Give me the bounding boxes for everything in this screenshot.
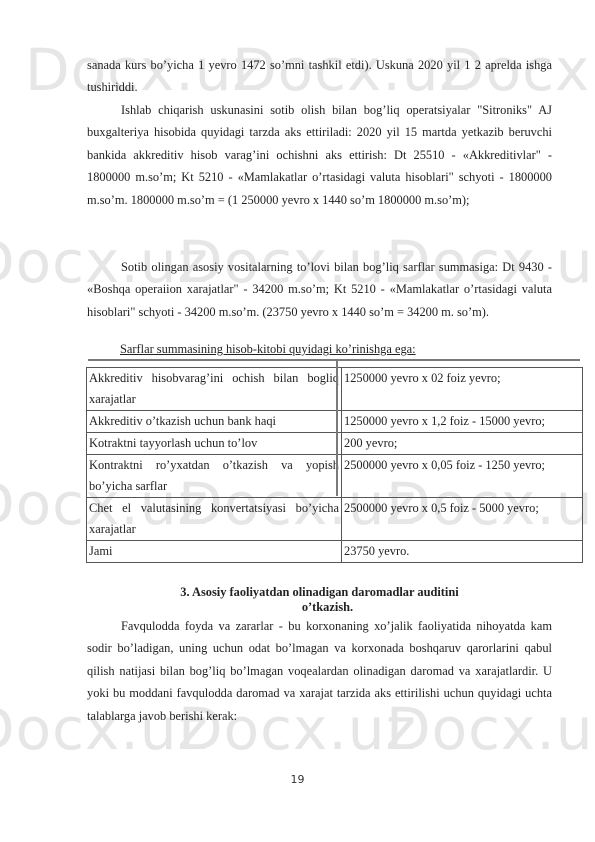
expenses-table: Akkreditiv hisobvarag’ini ochish bilan b… (86, 367, 583, 563)
expense-item-cell: Chet el valutasining konvertatsiyasi bo’… (87, 498, 342, 541)
table-row: Kontraktni ro’yxatdan o’tkazish va yopis… (87, 455, 583, 498)
section-heading: 3. Asosiy faoliyatdan olinadigan daromad… (87, 585, 552, 615)
expense-calc-cell: 23750 yevro. (342, 541, 583, 563)
table-row: Kotraktni tayyorlash uchun to’lov200 yev… (87, 433, 583, 455)
expense-calc-cell: 2500000 yevro x 0,5 foiz - 5000 yevro; (342, 498, 583, 541)
table-row: Akkreditiv hisobvarag’ini ochish bilan b… (87, 368, 583, 411)
expense-item-cell: Akkreditiv hisobvarag’ini ochish bilan b… (87, 368, 342, 411)
table-caption: Sarflar summasining hisob-kitobi quyidag… (120, 339, 416, 359)
table-row: Akkreditiv o’tkazish uchun bank haqi1250… (87, 411, 583, 433)
expense-calc-cell: 1250000 yevro x 02 foiz yevro; (342, 368, 583, 411)
horizontal-rule (88, 359, 580, 361)
section-heading-line2: o’tkazish. (87, 600, 552, 615)
expense-calc-cell: 2500000 yevro x 0,05 foiz - 1250 yevro; (342, 455, 583, 498)
paragraph-expenses: Sotib olingan asosiy vositalarning to’lo… (87, 256, 552, 323)
table-row: Jami23750 yevro. (87, 541, 583, 563)
vertical-rule (336, 360, 338, 496)
paragraph-continuation: sanada kurs bo’yicha 1 yevro 1472 so’mni… (87, 54, 552, 99)
page-number: 19 (0, 773, 595, 786)
expense-item-cell: Kotraktni tayyorlash uchun to’lov (87, 433, 342, 455)
section-heading-line1: 3. Asosiy faoliyatdan olinadigan daromad… (87, 585, 552, 600)
expense-calc-cell: 200 yevro; (342, 433, 583, 455)
expense-item-cell: Jami (87, 541, 342, 563)
expense-calc-cell: 1250000 yevro x 1,2 foiz - 15000 yevro; (342, 411, 583, 433)
table-row: Chet el valutasining konvertatsiyasi bo’… (87, 498, 583, 541)
paragraph-extraordinary: Favqulodda foyda va zararlar - bu korxon… (87, 615, 552, 727)
expense-item-cell: Kontraktni ro’yxatdan o’tkazish va yopis… (87, 455, 342, 498)
expense-item-cell: Akkreditiv o’tkazish uchun bank haqi (87, 411, 342, 433)
paragraph-operations: Ishlab chiqarish uskunasini sotib olish … (87, 99, 552, 211)
